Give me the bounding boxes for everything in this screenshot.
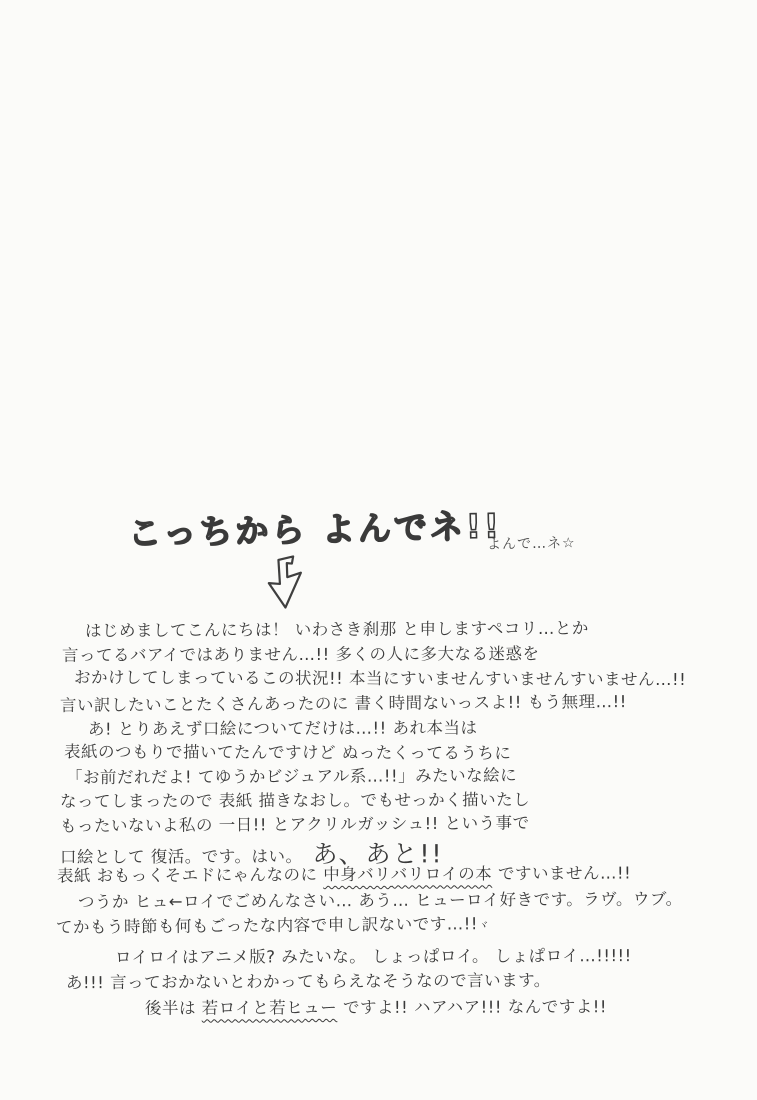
page-title: こっちから よんでネ!!	[128, 500, 503, 555]
wavy-underlined-text: 若ロイと若ヒュー	[202, 998, 338, 1017]
handwritten-line: なってしまったので 表紙 描きなおし。でもせっかく描いたし	[60, 792, 530, 810]
handwritten-line: はじめましてこんにちは！ いわさき刹那 と申しますペコリ…とか	[85, 621, 589, 640]
line-text: 表紙 おもっくそエドにゃんなのに	[57, 865, 323, 885]
line-text: ですよ!! ハアハア!!! なんですよ!!	[337, 997, 607, 1017]
down-arrow-icon	[255, 553, 323, 615]
line-text: ですいません…!!	[492, 863, 631, 883]
handwritten-line: あ! とりあえず口絵についてだけは…!! あれ本当は	[88, 720, 478, 738]
handwritten-line: おかけしてしまっているこの状況!! 本当にすいませんすいませんすいません…!!	[74, 670, 686, 689]
wavy-underlined-text: 中身バリバリロイの本	[323, 864, 492, 884]
side-note: よんで…ネ☆	[487, 532, 576, 554]
handwritten-line: ロイロイはアニメ版? みたいな。 しょっぱロイ。 しょぱロイ…!!!!!	[115, 948, 632, 966]
handwritten-line: 表紙 おもっくそエドにゃんなのに 中身バリバリロイの本 ですいません…!!	[57, 865, 631, 885]
handwritten-line: もったいないよ私の 一日!! とアクリルガッシュ!! という事で	[60, 815, 530, 835]
line-text: てかもう時節も何もごったな内容で申し訳ないです…!!	[56, 914, 478, 937]
handwritten-line: 表紙のつもりで描いてたんですけど ぬったくってるうちに	[64, 744, 511, 762]
line-text: 口絵として 復活。です。はい。	[60, 847, 303, 867]
line-text: 後半は	[145, 999, 202, 1018]
squiggle-mark: ヾ	[478, 919, 490, 932]
handwritten-line: つうか ヒュ←ロイでごめんなさい… あう… ヒューロイ好きです。ラヴ。ウブ。	[78, 891, 683, 911]
handwritten-line: 口絵として 復活。です。はい。あ、あと!!	[60, 840, 444, 866]
handwritten-line: 言ってるバアイではありません…!! 多くの人に多大なる迷惑を	[62, 646, 540, 664]
handwritten-line: 言い訳したいことたくさんあったのに 書く時間ないっスよ!! もう無理…!!	[60, 694, 627, 714]
handwritten-line: あ!!! 言っておかないとわかってもらえなそうなので言います。	[66, 973, 551, 992]
scanned-page: こっちから よんでネ!! よんで…ネ☆ はじめましてこんにちは！ いわさき刹那 …	[0, 0, 757, 1100]
handwritten-line: 「お前だれだよ! てゆうかビジュアル系…!!」みたいな絵に	[66, 768, 517, 787]
handwritten-line: てかもう時節も何もごったな内容で申し訳ないです…!!ヾ	[56, 916, 490, 936]
handwritten-line: 後半は 若ロイと若ヒュー ですよ!! ハアハア!!! なんですよ!!	[145, 999, 607, 1017]
